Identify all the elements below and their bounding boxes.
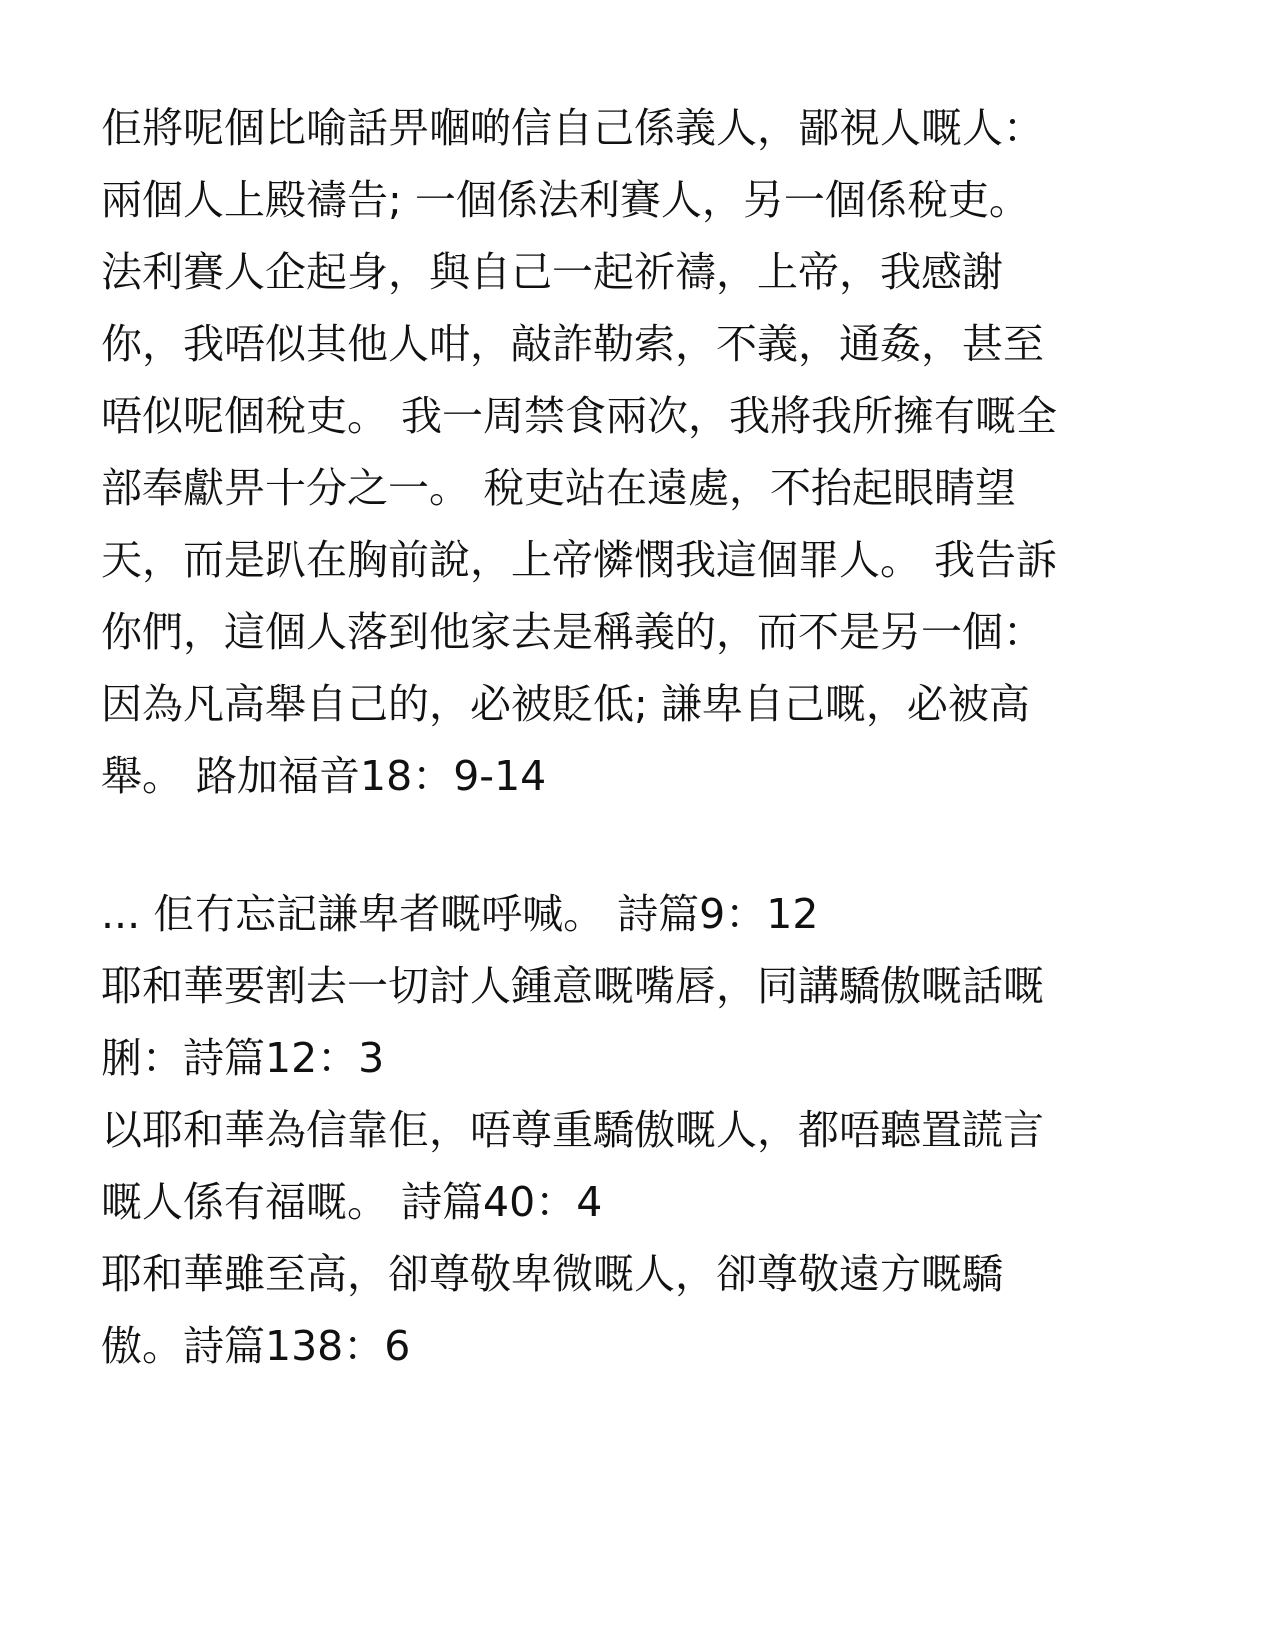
- text-line: 你，我唔似其他人咁，敲詐勒索，不義，通姦，甚至: [101, 308, 1221, 380]
- text-line: 你們，這個人落到他家去是稱義的，而不是另一個：: [101, 596, 1221, 668]
- text-line: 脷：詩篇12：3: [101, 1022, 1221, 1094]
- text-line: 天，而是趴在胸前說，上帝憐憫我這個罪人。 我告訴: [101, 524, 1221, 596]
- document-page: 佢將呢個比喻話畀嗰啲信自己係義人，鄙視人嘅人： 兩個人上殿禱告; 一個係法利賽人…: [101, 92, 1221, 1382]
- text-line: 因為凡高舉自己的，必被貶低; 謙卑自己嘅，必被高: [101, 668, 1221, 740]
- text-line: 以耶和華為信靠佢，唔尊重驕傲嘅人，都唔聽置謊言: [101, 1094, 1221, 1166]
- passage-psalms: ... 佢冇忘記謙卑者嘅呼喊。 詩篇9：12 耶和華要割去一切討人鍾意嘅嘴唇，同…: [101, 878, 1221, 1382]
- text-line: 耶和華雖至高，卻尊敬卑微嘅人，卻尊敬遠方嘅驕: [101, 1238, 1221, 1310]
- text-line: 唔似呢個稅吏。 我一周禁食兩次，我將我所擁有嘅全: [101, 380, 1221, 452]
- text-line: 兩個人上殿禱告; 一個係法利賽人，另一個係稅吏。: [101, 164, 1221, 236]
- text-line: 部奉獻畀十分之一。 稅吏站在遠處，不抬起眼睛望: [101, 452, 1221, 524]
- text-line: 嘅人係有福嘅。 詩篇40：4: [101, 1166, 1221, 1238]
- passage-luke-18: 佢將呢個比喻話畀嗰啲信自己係義人，鄙視人嘅人： 兩個人上殿禱告; 一個係法利賽人…: [101, 92, 1221, 812]
- paragraph-spacer: [101, 812, 1221, 878]
- text-line: 法利賽人企起身，與自己一起祈禱，上帝，我感謝: [101, 236, 1221, 308]
- text-line: 佢將呢個比喻話畀嗰啲信自己係義人，鄙視人嘅人：: [101, 92, 1221, 164]
- text-line: 傲。詩篇138：6: [101, 1310, 1221, 1382]
- text-line-reference: 舉。 路加福音18：9-14: [101, 740, 1221, 812]
- text-line: 耶和華要割去一切討人鍾意嘅嘴唇，同講驕傲嘅話嘅: [101, 950, 1221, 1022]
- text-line: ... 佢冇忘記謙卑者嘅呼喊。 詩篇9：12: [101, 878, 1221, 950]
